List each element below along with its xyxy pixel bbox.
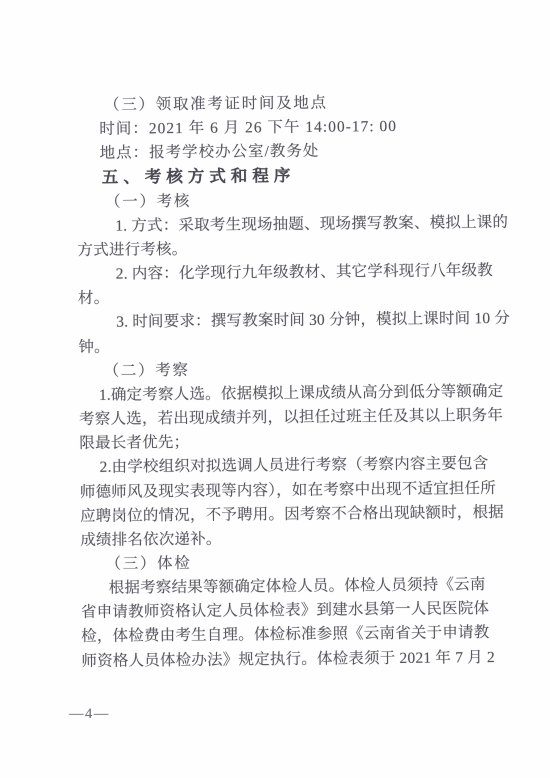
text-line: 应聘岗位的情况，不予聘用。因考察不合格出现缺额时，根据	[80, 501, 506, 529]
document-body: （三）领取准考证时间及地点时间：2021 年 6 月 26 下午 14:00-1…	[76, 90, 508, 674]
text-line: 2. 内容：化学现行九年级教材、其它学科现行八年级教	[78, 259, 504, 287]
text-line: 3. 时间要求：撰写教案时间 30 分钟，模拟上课时间 10 分	[78, 307, 504, 335]
text-line: 师资格人员体检办法》规定执行。体检表须于 2021 年 7 月 2	[81, 646, 507, 674]
text-line: 考察人选，若出现成绩并列，以担任过班主任及其以上职务年	[79, 404, 505, 432]
text-line: 1. 方式：采取考生现场抽题、现场撰写教案、模拟上课的	[77, 211, 503, 239]
page-number: —4—	[69, 706, 110, 723]
text-line: 2.由学校组织对拟选调人员进行考察（考察内容主要包含	[79, 452, 505, 480]
text-line: 师德师风及现实表现等内容），如在考察中出现不适宜担任所	[80, 476, 506, 504]
text-line: 检，体检费由考生自理。体检标准参照《云南省关于申请教	[81, 621, 507, 649]
scanned-document-page: （三）领取准考证时间及地点时间：2021 年 6 月 26 下午 14:00-1…	[0, 0, 550, 778]
